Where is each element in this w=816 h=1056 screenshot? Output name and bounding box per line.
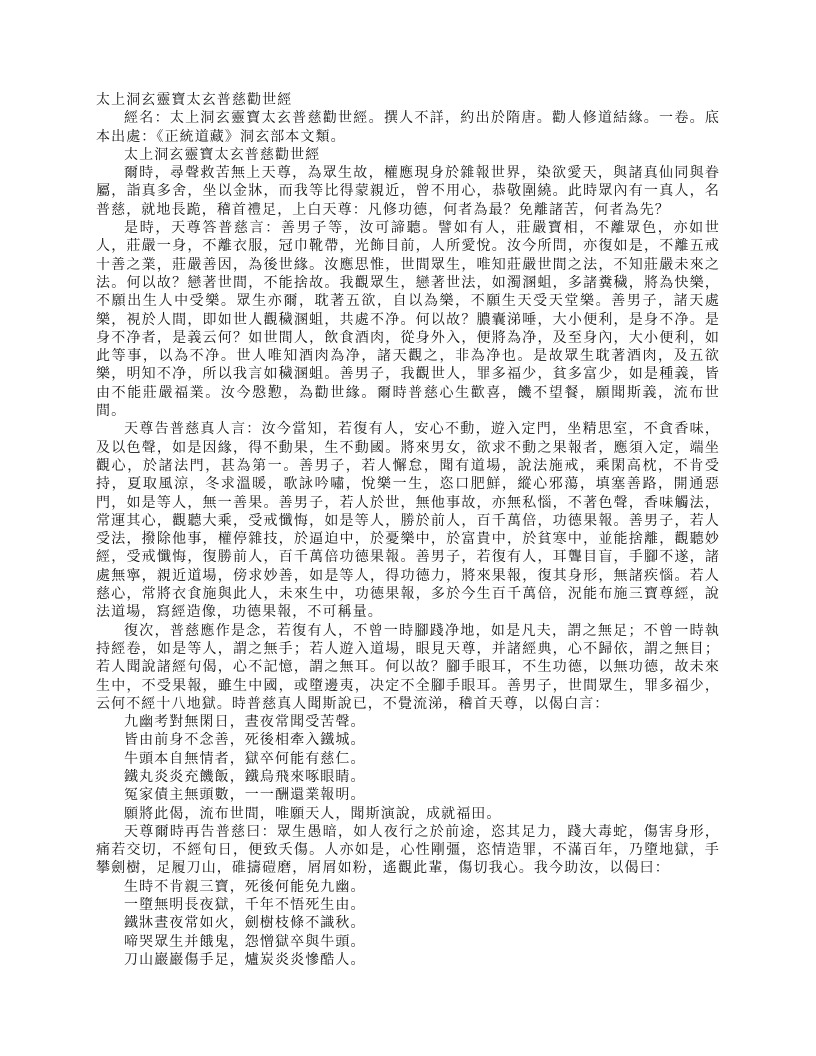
verse-group-1: 九幽考對無閑日，晝夜常聞受苦聲。 皆由前身不念善，死後相牽入鐵城。 牛頭本自無情… <box>96 713 720 804</box>
paragraph-ershi: 爾時，尋聲救苦無上天尊，為眾生故，權應現身於雜報世界，染欲愛天，與諸真仙同與眷屬… <box>96 164 720 219</box>
document-page: 太上洞玄靈寶太玄普慈勸世經 經名：太上洞玄靈寶太玄普慈勸世經。撰人不詳，約出於隋… <box>0 0 816 1056</box>
verse-line: 一墮無明長夜獄，千年不悟死生由。 <box>96 896 720 914</box>
document-meta-paragraph: 經名：太上洞玄靈寶太玄普慈勸世經。撰人不詳，約出於隋唐。勸人修道結緣。一卷。底本… <box>96 109 720 146</box>
verse-line: 牛頭本自無情者，獄卒何能有慈仁。 <box>96 750 720 768</box>
verse-line: 鐵牀晝夜常如火，劍樹枝條不識秋。 <box>96 914 720 932</box>
verse-line: 九幽考對無閑日，晝夜常聞受苦聲。 <box>96 713 720 731</box>
verse-line: 啼哭眾生并餓鬼，怨憎獄卒與牛頭。 <box>96 933 720 951</box>
verse-group-2: 生時不肯親三寶，死後何能免九幽。 一墮無明長夜獄，千年不悟死生由。 鐵牀晝夜常如… <box>96 878 720 969</box>
paragraph-tianzun-ershi: 天尊爾時再告普慈曰：眾生愚暗，如人夜行之於前途，恣其足力，踐大毒蛇，傷害身形，痛… <box>96 823 720 878</box>
verse-line: 生時不肯親三寶，死後何能免九幽。 <box>96 878 720 896</box>
paragraph-yuanjiang: 願將此偈，流布世間，唯願天人，聞斯演說，成就福田。 <box>96 805 720 823</box>
verse-line: 皆由前身不念善，死後相牽入鐵城。 <box>96 731 720 749</box>
verse-line: 冤家債主無頭數，一一酬還業報明。 <box>96 786 720 804</box>
document-body: 太上洞玄靈寶太玄普慈勸世經 經名：太上洞玄靈寶太玄普慈勸世經。撰人不詳，約出於隋… <box>96 91 720 969</box>
section-heading: 太上洞玄靈寶太玄普慈勸世經 <box>96 146 720 164</box>
document-title: 太上洞玄靈寶太玄普慈勸世經 <box>96 91 720 109</box>
paragraph-tianzun-gao: 天尊告普慈真人言：汝今當知，若復有人，安心不動，遊入定門，坐精思室，不貪香味，及… <box>96 420 720 621</box>
paragraph-shishi: 是時，天尊答普慈言：善男子等，汝可諦聽。譬如有人，莊嚴寶相，不離眾色，亦如世人，… <box>96 219 720 420</box>
verse-line: 刀山巖巖傷手足，爐炭炎炎慘酷人。 <box>96 951 720 969</box>
verse-line: 鐵丸炎炎充饑飯，鐵烏飛來啄眼睛。 <box>96 768 720 786</box>
paragraph-fuci: 復次，普慈應作是念，若復有人，不曾一時腳踐净地，如是凡夫，謂之無足；不曾一時執持… <box>96 622 720 713</box>
